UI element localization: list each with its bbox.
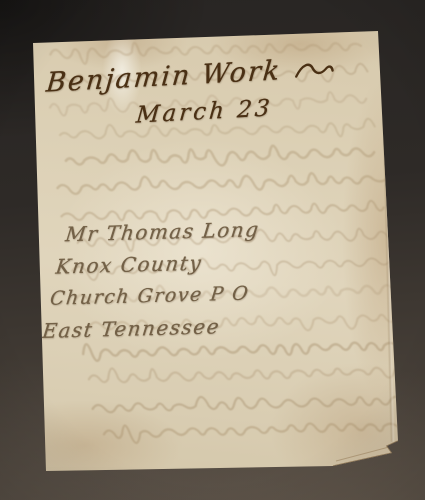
letter-paper: Benjamin Work March 23 Mr Thomas Long Kn… <box>0 0 425 500</box>
fold-step-edges <box>0 0 425 500</box>
photo-background: Benjamin Work March 23 Mr Thomas Long Kn… <box>0 0 425 500</box>
